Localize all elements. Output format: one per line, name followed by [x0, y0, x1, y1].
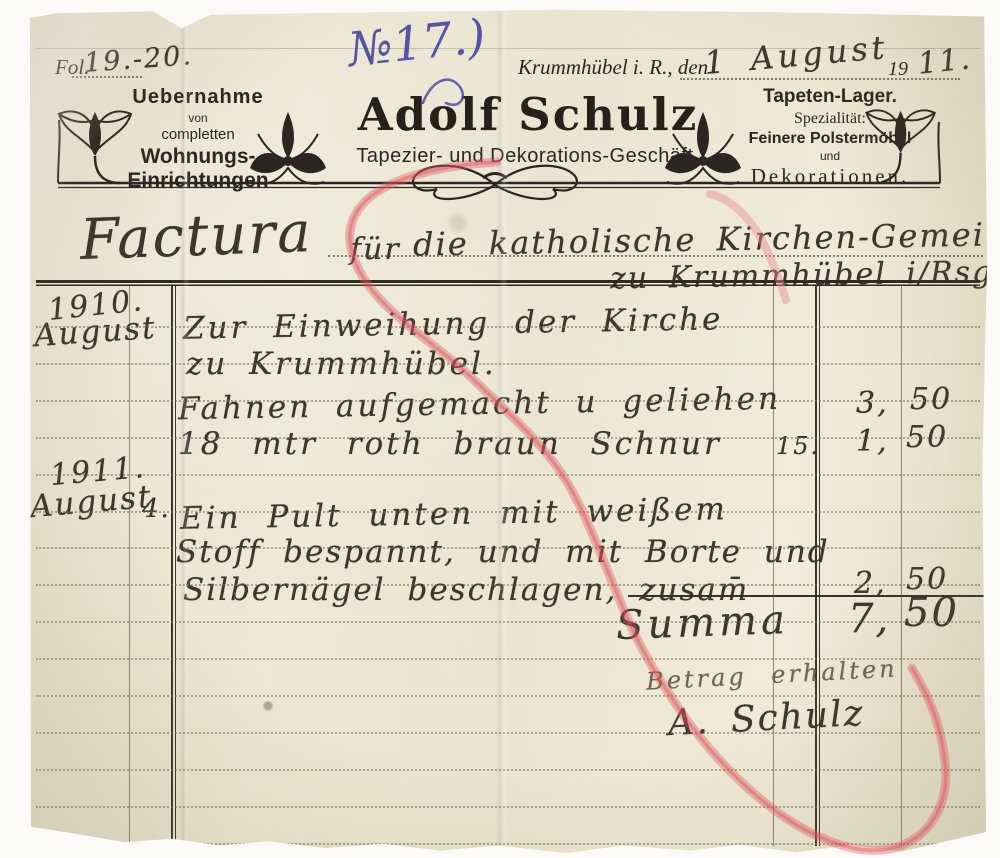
total-amount-mark: 7,	[848, 596, 890, 642]
invoice-title-word: Factura	[79, 200, 314, 273]
ruled-dotted-line	[36, 658, 980, 660]
total-amount-pf: 50	[904, 590, 959, 636]
letterhead-left-line-4: Wohnungs-	[118, 145, 278, 169]
total-label: Summa	[615, 597, 789, 649]
ruled-dotted-line	[36, 769, 980, 771]
year-printed: 19	[888, 58, 908, 81]
ruled-dotted-line	[36, 584, 980, 586]
folio-value-handwritten: 19.-20.	[83, 40, 194, 79]
place-date-printed: Krummhübel i. R., den	[518, 55, 708, 80]
letterhead-right-block: Tapeten-Lager. Spezialität: Feinere Pols…	[740, 86, 920, 189]
entry-group2-month: August	[29, 479, 154, 526]
ruled-dotted-line	[36, 326, 980, 328]
letterhead-right-line-4: und	[740, 149, 920, 163]
column-line-mark-pf-divider	[901, 286, 902, 846]
ruled-dotted-line	[36, 806, 980, 808]
letterhead-right-line-2: Spezialität:	[740, 110, 920, 128]
ruled-dotted-line	[36, 474, 980, 476]
ruled-dotted-line	[36, 437, 980, 439]
letterhead-left-line-2: von	[118, 111, 278, 125]
entry-group2-day: 4.	[142, 494, 171, 524]
letterhead-right-line-1: Tapeten-Lager.	[740, 86, 920, 108]
entry-group1-month: August	[33, 310, 158, 354]
business-name: Adolf Schulz	[328, 88, 728, 141]
column-line-date-inner	[129, 286, 130, 846]
entry-line-6: Stoff bespannt, und mit Borte und	[176, 534, 830, 570]
entry-line-3: Fahnen aufgemacht u geliehen	[178, 381, 782, 428]
table-top-rule	[36, 280, 980, 286]
entry-line-4: 18 mtr roth braun Schnur	[178, 426, 722, 462]
business-subtitle: Tapezier- und Dekorations-Geschäft.	[328, 145, 728, 168]
scanned-invoice-page: { "page": { "folio_label": "Fol.", "foli…	[0, 0, 1000, 858]
invoice-paper: Fol. 19.-20. №17.) Krummhübel i. R., den…	[28, 8, 988, 854]
letterhead-right-line-5: Dekorationen.	[740, 164, 920, 189]
entry-line-4-amount-mark: 1,	[856, 424, 889, 459]
ruled-dotted-line	[36, 511, 980, 513]
document-number-handwritten: №17.)	[346, 9, 489, 78]
ruled-dotted-line	[36, 400, 980, 402]
ruled-dotted-line	[36, 547, 980, 549]
ruled-dotted-line	[36, 363, 980, 365]
date-handwritten: 1 August	[703, 28, 890, 82]
entry-line-3-amount-mark: 3,	[856, 386, 889, 421]
invoice-recipient-line2: zu Krummhübel i/Rsg.	[610, 255, 1000, 297]
letterhead-left-line-5: Einrichtungen	[118, 169, 278, 193]
invoice-title-fuer: für	[350, 232, 401, 267]
letterhead-left-line-3: completten	[118, 126, 278, 143]
entry-line-1: Zur Einweihung der Kirche	[183, 301, 724, 346]
ruled-dotted-line	[36, 732, 980, 734]
letterhead-right-line-3: Feinere Polstermöbel	[740, 130, 920, 148]
letterhead-left-block: Uebernahme von completten Wohnungs- Einr…	[118, 86, 278, 193]
year-handwritten: 11.	[916, 41, 973, 81]
letterhead-left-line-1: Uebernahme	[118, 86, 278, 109]
entry-line-5: Ein Pult unten mit weißem	[180, 491, 728, 537]
signature-handwritten: A. Schulz	[667, 693, 865, 744]
ruled-dotted-line	[36, 695, 980, 697]
received-note-handwritten: Betrag erhalten	[645, 654, 898, 695]
ruled-dotted-line	[36, 843, 980, 845]
ruled-dotted-line	[36, 621, 980, 623]
letterhead-center-block: Adolf Schulz Tapezier- und Dekorations-G…	[328, 88, 728, 168]
